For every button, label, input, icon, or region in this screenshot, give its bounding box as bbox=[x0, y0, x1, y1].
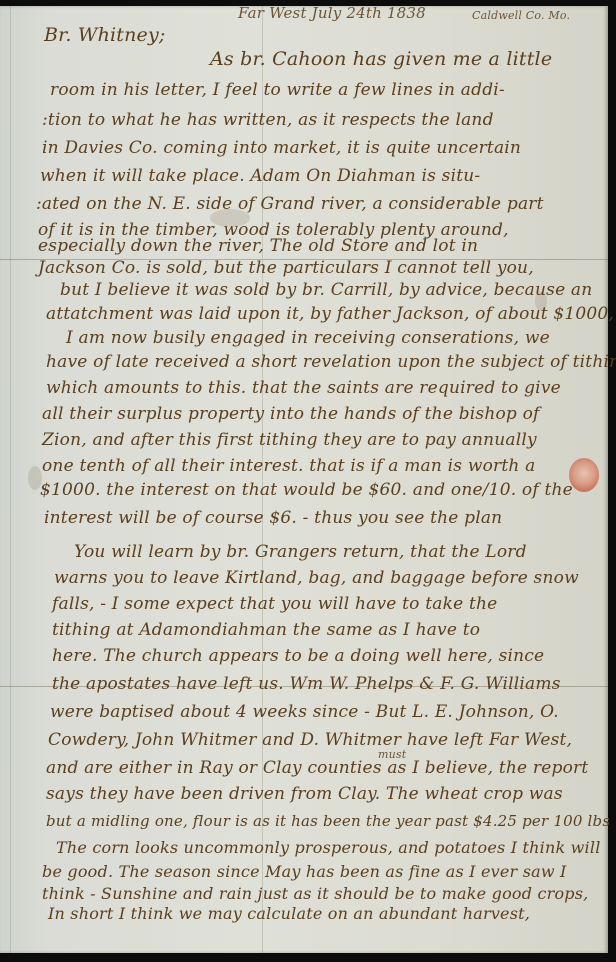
body-line: all their surplus property into the hand… bbox=[42, 404, 540, 424]
body-line: attatchment was laid upon it, by father … bbox=[46, 304, 614, 324]
body-line: think - Sunshine and rain just as it sho… bbox=[42, 884, 588, 903]
body-line: here. The church appears to be a doing w… bbox=[52, 646, 544, 666]
wax-seal-remnant bbox=[569, 458, 599, 492]
body-line: :ated on the N. E. side of Grand river, … bbox=[36, 194, 544, 214]
body-line: warns you to leave Kirtland, bag, and ba… bbox=[54, 568, 579, 588]
body-line: Jackson Co. is sold, but the particulars… bbox=[38, 258, 534, 278]
place-date: Far West July 24th 1838 bbox=[238, 4, 426, 22]
body-line: have of late received a short revelation… bbox=[46, 352, 616, 372]
county-line: Caldwell Co. Mo. bbox=[472, 9, 570, 22]
body-line: You will learn by br. Grangers return, t… bbox=[74, 542, 527, 562]
body-line: but I believe it was sold by br. Carrill… bbox=[60, 280, 592, 300]
body-line: As br. Cahoon has given me a little bbox=[210, 48, 552, 70]
body-line: in Davies Co. coming into market, it is … bbox=[42, 138, 521, 158]
body-line: I am now busily engaged in receiving con… bbox=[66, 328, 550, 348]
margin-crease bbox=[10, 6, 11, 953]
body-line: which amounts to this. that the saints a… bbox=[46, 378, 561, 398]
body-line: were baptised about 4 weeks since - But … bbox=[50, 702, 559, 722]
body-line: be good. The season since May has been a… bbox=[42, 862, 567, 881]
body-line: Cowdery, John Whitmer and D. Whitmer hav… bbox=[48, 730, 572, 750]
body-line: the apostates have left us. Wm W. Phelps… bbox=[52, 674, 561, 694]
body-line: when it will take place. Adam On Diahman… bbox=[40, 166, 480, 186]
body-line: The corn looks uncommonly prosperous, an… bbox=[56, 838, 601, 857]
body-line: room in his letter, I feel to write a fe… bbox=[50, 80, 505, 100]
body-line: one tenth of all their interest. that is… bbox=[42, 456, 535, 476]
letter-page: Far West July 24th 1838 Caldwell Co. Mo.… bbox=[0, 6, 608, 953]
body-line: interest will be of course $6. - thus yo… bbox=[44, 508, 502, 528]
salutation: Br. Whitney; bbox=[44, 24, 166, 46]
body-line: especially down the river, The old Store… bbox=[38, 236, 478, 256]
body-line: Zion, and after this first tithing they … bbox=[42, 430, 537, 450]
body-line: falls, - I some expect that you will hav… bbox=[52, 594, 497, 614]
body-line: says they have been driven from Clay. Th… bbox=[46, 784, 563, 804]
body-line: :tion to what he has written, as it resp… bbox=[42, 110, 494, 130]
body-line: tithing at Adamondiahman the same as I h… bbox=[52, 620, 480, 640]
body-line: $1000. the interest on that would be $60… bbox=[40, 480, 573, 500]
body-line: In short I think we may calculate on an … bbox=[48, 904, 530, 923]
body-line: but a midling one, flour is as it has be… bbox=[46, 812, 610, 830]
body-line: and are either in Ray or Clay counties a… bbox=[46, 758, 588, 778]
